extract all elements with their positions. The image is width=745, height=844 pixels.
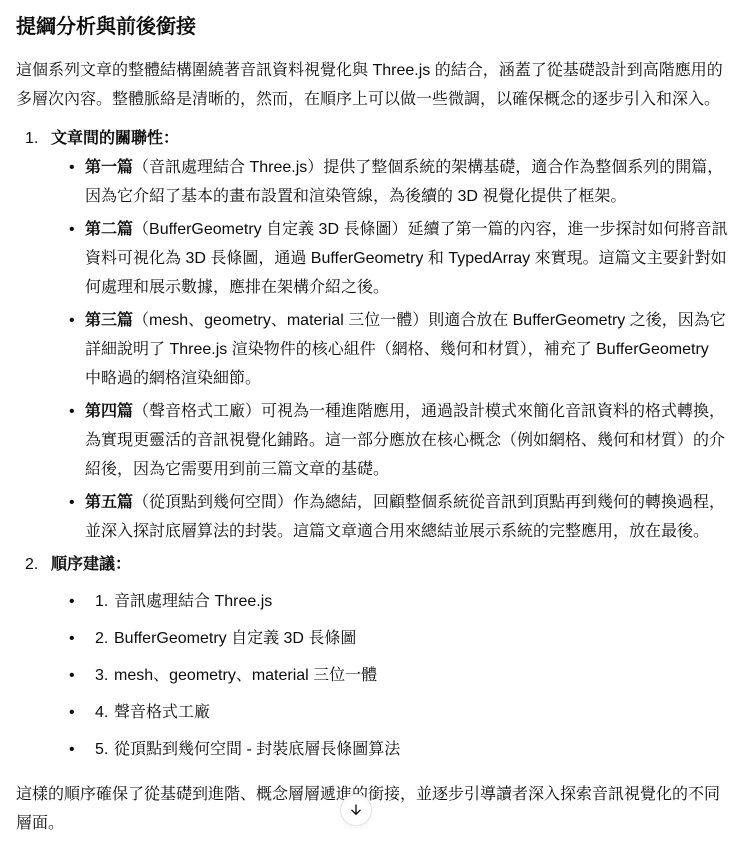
sequence-number: 4. [95,698,114,727]
sequence-text: 從頂點到幾何空間 - 封裝底層長條圖算法 [114,741,400,758]
article-label: 第一篇 [85,159,133,176]
list-item: 第五篇（從頂點到幾何空間）作為總結，回顧整個系統從音訊到頂點再到幾何的轉換過程，… [16,488,729,546]
closing-paragraph: 這樣的順序確保了從基礎到進階、概念層層遞進的銜接，並逐步引導讀者深入探索音訊視覺… [16,780,729,838]
article-label: 第四篇 [85,403,133,420]
ordered-item-relationships: 1.文章間的關聯性： [16,124,729,153]
sequence-number: 2. [95,624,114,653]
list-item: 1.音訊處理結合 Three.js [16,587,729,616]
sequence-text: 音訊處理結合 Three.js [114,593,272,610]
article-relationship-list: 第一篇（音訊處理結合 Three.js）提供了整個系統的架構基礎，適合作為整個系… [16,153,729,546]
intro-paragraph: 這個系列文章的整體結構圍繞著音訊資料視覺化與 Three.js 的結合，涵蓋了從… [16,56,729,114]
list-item: 5.從頂點到幾何空間 - 封裝底層長條圖算法 [16,735,729,764]
ordered-item-order-suggestion: 2.順序建議： [16,550,729,579]
arrow-down-icon [348,802,364,818]
sequence-text: mesh、geometry、material 三位一體 [114,667,377,684]
sequence-number: 3. [95,661,114,690]
section-heading: 文章間的關聯性： [51,130,179,147]
ordered-item-number: 1. [25,124,51,153]
ordered-item-number: 2. [25,550,51,579]
article-description: （mesh、geometry、material 三位一體）則適合放在 Buffe… [85,312,726,387]
list-item: 第四篇（聲音格式工廠）可視為一種進階應用，通過設計模式來簡化音訊資料的格式轉換，… [16,397,729,484]
sequence-number: 5. [95,735,114,764]
order-suggestion-list: 1.音訊處理結合 Three.js 2.BufferGeometry 自定義 3… [16,587,729,764]
article-label: 第三篇 [85,312,133,329]
list-item: 第二篇（BufferGeometry 自定義 3D 長條圖）延續了第一篇的內容，… [16,215,729,302]
assistant-message-content: 提綱分析與前後銜接 這個系列文章的整體結構圍繞著音訊資料視覺化與 Three.j… [0,0,745,844]
sequence-text: 聲音格式工廠 [114,704,210,721]
article-description: （從頂點到幾何空間）作為總結，回顧整個系統從音訊到頂點再到幾何的轉換過程，並深入… [85,494,725,540]
list-item: 第三篇（mesh、geometry、material 三位一體）則適合放在 Bu… [16,306,729,393]
sequence-text: BufferGeometry 自定義 3D 長條圖 [114,630,356,647]
list-item: 3.mesh、geometry、material 三位一體 [16,661,729,690]
page-title: 提綱分析與前後銜接 [16,14,729,40]
article-description: （音訊處理結合 Three.js）提供了整個系統的架構基礎，適合作為整個系列的開… [85,159,723,205]
article-description: （聲音格式工廠）可視為一種進階應用，通過設計模式來簡化音訊資料的格式轉換，為實現… [85,403,725,478]
section-heading: 順序建議： [51,556,131,573]
list-item: 第一篇（音訊處理結合 Three.js）提供了整個系統的架構基礎，適合作為整個系… [16,153,729,211]
list-item: 2.BufferGeometry 自定義 3D 長條圖 [16,624,729,653]
scroll-to-bottom-button[interactable] [340,794,372,826]
list-item: 4.聲音格式工廠 [16,698,729,727]
sequence-number: 1. [95,587,114,616]
article-description: （BufferGeometry 自定義 3D 長條圖）延續了第一篇的內容，進一步… [85,221,727,296]
article-label: 第二篇 [85,221,133,238]
article-label: 第五篇 [85,494,133,511]
